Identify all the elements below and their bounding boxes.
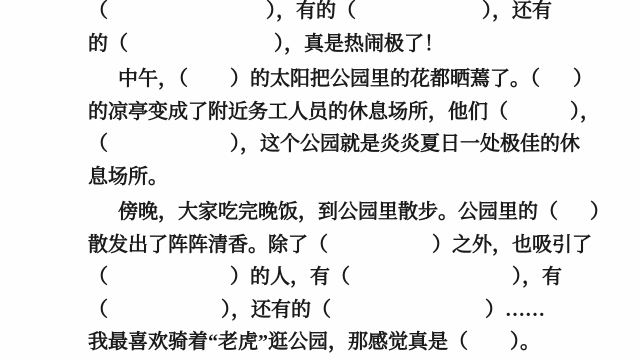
text-segment: ）的太阳把公园里的花都晒蔫了。（: [230, 68, 540, 90]
blank-field: [558, 216, 590, 218]
text-line: 中午，（）的太阳把公园里的花都晒蔫了。（）: [88, 63, 558, 96]
blank-field: [508, 116, 570, 118]
blank-field: [108, 314, 221, 316]
text-segment: ），: [570, 101, 600, 123]
blank-field: [356, 15, 482, 17]
text-line: 傍晚，大家吃完晚饭，到公园里散步。公园里的（）: [88, 196, 558, 229]
text-segment: 我最喜欢骑着“老虎”逛公园，那感觉真是（: [88, 331, 468, 353]
text-segment: ），真是热闹极了！: [274, 33, 444, 55]
blank-field: [331, 314, 485, 316]
text-segment: ）: [573, 68, 593, 90]
text-segment: 中午，（: [118, 68, 188, 90]
blank-field: [128, 48, 274, 50]
text-segment: ）之外，也吸引了: [432, 234, 592, 256]
text-line: 的凉亭变成了附近务工人员的休息场所，他们（），: [88, 96, 558, 129]
text-segment: ），有: [512, 266, 562, 288]
text-line: （），这个公园就是炎炎夏日一处极佳的休: [88, 128, 558, 161]
blank-field: [108, 15, 266, 17]
blank-field: [328, 249, 432, 251]
text-line: 息场所。: [88, 161, 558, 194]
text-segment: ），有的（: [266, 0, 356, 22]
text-line: 散发出了阵阵清香。除了（）之外，也吸引了: [88, 229, 558, 262]
blank-field: [468, 346, 510, 348]
worksheet-page: （），有的（），还有的（），真是热闹极了！中午，（）的太阳把公园里的花都晒蔫了。…: [0, 0, 640, 360]
blank-field: [188, 83, 230, 85]
text-segment: 的凉亭变成了附近务工人员的休息场所，他们（: [88, 101, 508, 123]
text-segment: ）……: [485, 299, 545, 321]
text-line: 我最喜欢骑着“老虎”逛公园，那感觉真是（）。: [88, 326, 558, 359]
blank-field: [108, 148, 230, 150]
text-line: 的（），真是热闹极了！: [88, 28, 558, 61]
blank-field: [108, 281, 230, 283]
text-segment: ），还有的（: [221, 299, 331, 321]
blank-field: [540, 83, 573, 85]
text-segment: 傍晚，大家吃完晚饭，到公园里散步。公园里的（: [118, 201, 558, 223]
blank-field: [350, 281, 512, 283]
text-block: （），有的（），还有的（），真是热闹极了！中午，（）的太阳把公园里的花都晒蔫了。…: [88, 0, 558, 359]
text-segment: （: [88, 133, 108, 155]
text-segment: 的（: [88, 33, 128, 55]
text-line: （），还有的（）……: [88, 294, 558, 327]
text-segment: （: [88, 0, 108, 22]
text-line: （），有的（），还有: [88, 0, 558, 28]
text-segment: ）。: [510, 331, 540, 353]
text-segment: 散发出了阵阵清香。除了（: [88, 234, 328, 256]
text-segment: ），还有: [482, 0, 552, 22]
text-segment: （: [88, 299, 108, 321]
text-segment: （: [88, 266, 108, 288]
text-line: （）的人，有（），有: [88, 261, 558, 294]
text-segment: ）: [590, 201, 610, 223]
text-segment: 息场所。: [88, 166, 168, 188]
text-segment: ）的人，有（: [230, 266, 350, 288]
text-segment: ），这个公园就是炎炎夏日一处极佳的休: [230, 133, 580, 155]
